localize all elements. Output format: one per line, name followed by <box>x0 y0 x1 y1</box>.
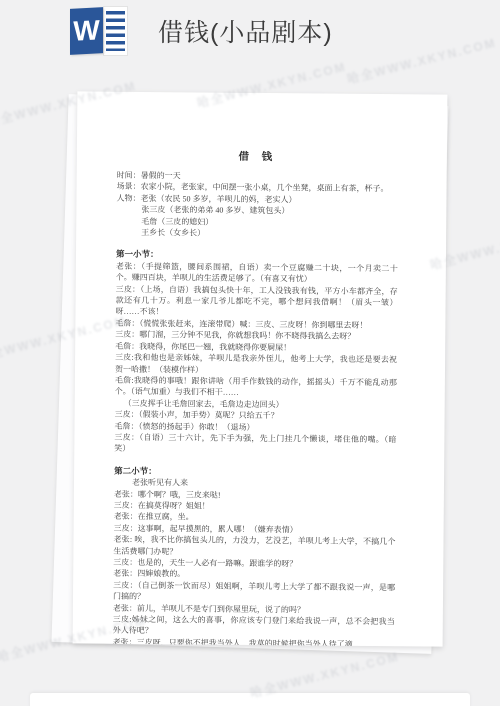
script-paragraph: 毛詹:我晓得的事哦！跟你讲啥（用手作数钱的动作，摇摇头）千万不能乱动那个。（语气… <box>115 375 397 400</box>
document-page-2-edge <box>30 693 470 706</box>
document-body: 时间：暑假的一天场景：农家小院，老张家，中间摆一张小桌，几个坐凳，桌面上有茶，杯… <box>113 170 399 647</box>
word-icon-cover: W <box>70 7 103 55</box>
document-page-1: 借 钱 时间：暑假的一天场景：农家小院，老张家，中间摆一张小桌，几个坐凳，桌面上… <box>73 91 448 646</box>
script-paragraph: 王乡长（女乡长） <box>116 227 398 241</box>
script-paragraph: 老张：（手提筛篮，腰间系围裙，自语）卖一个豆腐赚二十块，一个月卖二十个。赚四百块… <box>116 261 398 286</box>
script-paragraph: 三皮：（自己倒茶一饮而尽）姐姐啊，羊呗儿考上大学了都不跟我说一声，是哪门搞的？ <box>113 580 395 605</box>
script-paragraph: 三皮：（自语）三十六计，先下手为强，先上门挂几个懒谈，堵住他的嘴。（暗笑） <box>114 432 396 457</box>
doc-preview-canvas: { "header": { "title": "借钱(小品剧本)", "icon… <box>0 0 500 706</box>
watermark: 哈全WWW.XKYN.COM <box>345 34 498 88</box>
script-paragraph: 三皮：（上场，自语）我搞包头快十年，工人没钱我有钱，平方小车都齐全，存款还有几十… <box>115 283 397 320</box>
word-icon-letter: W <box>73 16 99 45</box>
word-file-icon: W <box>70 6 128 56</box>
document-title: 借 钱 <box>117 148 399 165</box>
script-paragraph: 老张: 唉，我不比你搞包头儿的，力没力，艺没艺，羊呗儿考上大学，不搞几个生活费哪… <box>113 534 395 559</box>
script-paragraph: 三皮:我和他也是亲姊妹，羊呗儿是我亲外侄儿，他考上大学，我也还是要去祝贺一哈撒！… <box>115 352 397 377</box>
file-title: 借钱(小品剧本) <box>158 13 333 49</box>
word-icon-text-lines <box>106 11 125 51</box>
script-paragraph: 三皮:姊妹之间，这么大的喜事，你应该专门登门来给我说一声，总不会把我当外人待吧？ <box>113 614 395 639</box>
file-header: W 借钱(小品剧本) <box>70 6 333 56</box>
word-icon-sheet <box>103 6 128 56</box>
